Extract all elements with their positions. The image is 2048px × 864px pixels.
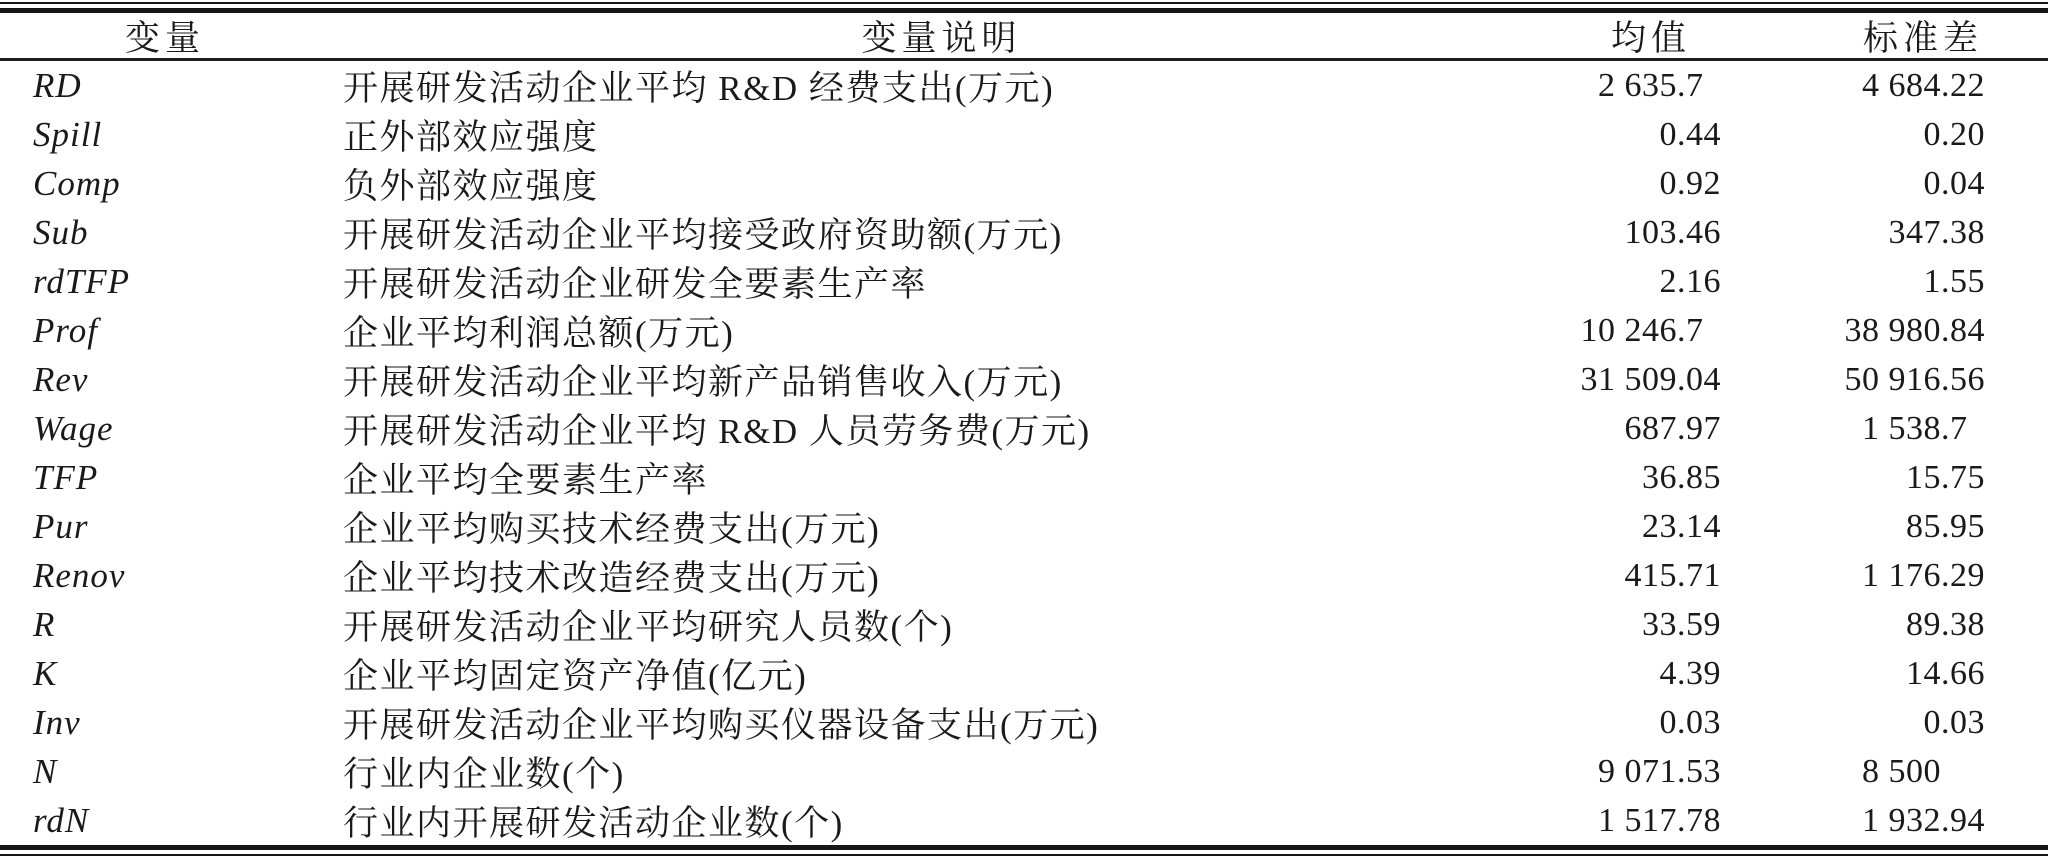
sd-value: 0.03 [1740,698,2048,747]
table-row: Renov 企业平均技术改造经费支出(万元) 415.71 1 176.29 [0,551,2048,600]
variable-name: N [0,747,330,796]
variable-description: 正外部效应强度 [330,110,1540,159]
table-header-row: 变量 变量说明 均值 标准差 [0,13,2048,58]
sd-value: 89.38 [1740,600,2048,649]
mean-value: 415.71 [1540,551,1740,600]
variable-description: 开展研发活动企业研发全要素生产率 [330,257,1540,306]
table-row: TFP 企业平均全要素生产率 36.85 15.75 [0,453,2048,502]
mean-value: 2 635.7 [1540,61,1740,110]
sd-integer-part: 38 980 [1740,312,1941,350]
variable-description: 开展研发活动企业平均 R&D 经费支出(万元) [330,61,1540,110]
mean-integer-part: 33 [1540,606,1677,644]
mean-value: 0.44 [1540,110,1740,159]
mean-integer-part: 2 635 [1540,67,1677,105]
mean-integer-part: 0 [1540,165,1677,203]
variable-name: Spill [0,110,330,159]
mean-integer-part: 10 246 [1540,312,1677,350]
sd-integer-part: 0 [1740,704,1941,742]
header-variable: 变量 [0,13,330,58]
sd-integer-part: 85 [1740,508,1941,546]
mean-value: 4.39 [1540,649,1740,698]
sd-fraction-part: .7 [1941,410,1986,448]
variable-name: Rev [0,355,330,404]
mean-integer-part: 36 [1540,459,1677,497]
sd-fraction-part: .94 [1941,802,1986,840]
sd-fraction-part: .20 [1941,116,1986,154]
mean-fraction-part: .85 [1677,459,1722,497]
sd-integer-part: 50 916 [1740,361,1941,399]
sd-integer-part: 1 932 [1740,802,1941,840]
sd-fraction-part: .84 [1941,312,1986,350]
table-row: Spill 正外部效应强度 0.44 0.20 [0,110,2048,159]
descriptive-statistics-table: 变量 变量说明 均值 标准差 RD 开展研发活动企业平均 R&D 经费支出(万元… [0,2,2048,856]
variable-description: 企业平均全要素生产率 [330,453,1540,502]
sd-integer-part: 347 [1740,214,1941,252]
header-sd: 标准差 [1740,13,2048,58]
variable-name: rdN [0,796,330,845]
mean-fraction-part: .39 [1677,655,1722,693]
mean-integer-part: 4 [1540,655,1677,693]
mean-integer-part: 103 [1540,214,1677,252]
variable-description: 企业平均技术改造经费支出(万元) [330,551,1540,600]
mean-fraction-part: .03 [1677,704,1722,742]
table-row: R 开展研发活动企业平均研究人员数(个) 33.59 89.38 [0,600,2048,649]
sd-value: 347.38 [1740,208,2048,257]
table-row: N 行业内企业数(个) 9 071.53 8 500 [0,747,2048,796]
sd-value: 1 932.94 [1740,796,2048,845]
mean-fraction-part: .14 [1677,508,1722,546]
table-row: Rev 开展研发活动企业平均新产品销售收入(万元) 31 509.04 50 9… [0,355,2048,404]
table-row: Prof 企业平均利润总额(万元) 10 246.7 38 980.84 [0,306,2048,355]
mean-value: 1 517.78 [1540,796,1740,845]
header-mean: 均值 [1540,13,1740,58]
mean-fraction-part: .71 [1677,557,1722,595]
table-row: Sub 开展研发活动企业平均接受政府资助额(万元) 103.46 347.38 [0,208,2048,257]
mean-fraction-part: .46 [1677,214,1722,252]
variable-description: 负外部效应强度 [330,159,1540,208]
sd-value: 0.20 [1740,110,2048,159]
sd-fraction-part: .22 [1941,67,1986,105]
mean-fraction-part: .7 [1677,67,1722,105]
mean-integer-part: 687 [1540,410,1677,448]
mean-value: 33.59 [1540,600,1740,649]
mean-integer-part: 415 [1540,557,1677,595]
variable-name: Inv [0,698,330,747]
variable-name: Wage [0,404,330,453]
mean-fraction-part: .92 [1677,165,1722,203]
variable-name: Pur [0,502,330,551]
sd-value: 1 538.7 [1740,404,2048,453]
sd-fraction-part: .75 [1941,459,1986,497]
sd-value: 14.66 [1740,649,2048,698]
mean-fraction-part: .04 [1677,361,1722,399]
mean-value: 36.85 [1540,453,1740,502]
variable-description: 企业平均固定资产净值(亿元) [330,649,1540,698]
mean-fraction-part: .59 [1677,606,1722,644]
sd-value: 15.75 [1740,453,2048,502]
sd-fraction-part: .56 [1941,361,1986,399]
sd-fraction-part: .04 [1941,165,1986,203]
sd-value: 38 980.84 [1740,306,2048,355]
mean-integer-part: 9 071 [1540,753,1677,791]
sd-value: 50 916.56 [1740,355,2048,404]
mean-value: 31 509.04 [1540,355,1740,404]
sd-integer-part: 0 [1740,116,1941,154]
mean-value: 10 246.7 [1540,306,1740,355]
variable-name: K [0,649,330,698]
variable-description: 开展研发活动企业平均 R&D 人员劳务费(万元) [330,404,1540,453]
mean-value: 2.16 [1540,257,1740,306]
table-body: RD 开展研发活动企业平均 R&D 经费支出(万元) 2 635.7 4 684… [0,61,2048,845]
variable-name: rdTFP [0,257,330,306]
variable-name: Sub [0,208,330,257]
mean-fraction-part: .53 [1677,753,1722,791]
variable-name: TFP [0,453,330,502]
mean-integer-part: 23 [1540,508,1677,546]
variable-name: R [0,600,330,649]
mean-fraction-part: .16 [1677,263,1722,301]
bottom-inner-rule [0,845,2048,850]
variable-description: 企业平均购买技术经费支出(万元) [330,502,1540,551]
variable-name: Renov [0,551,330,600]
sd-fraction-part: .38 [1941,214,1986,252]
sd-integer-part: 15 [1740,459,1941,497]
table-row: Comp 负外部效应强度 0.92 0.04 [0,159,2048,208]
sd-value: 1 176.29 [1740,551,2048,600]
mean-fraction-part: .44 [1677,116,1722,154]
header-description: 变量说明 [330,13,1540,58]
variable-description: 行业内企业数(个) [330,747,1540,796]
table-row: RD 开展研发活动企业平均 R&D 经费支出(万元) 2 635.7 4 684… [0,61,2048,110]
top-outer-rule [0,2,2048,4]
sd-integer-part: 89 [1740,606,1941,644]
mean-value: 687.97 [1540,404,1740,453]
sd-value: 85.95 [1740,502,2048,551]
sd-fraction-part: .66 [1941,655,1986,693]
variable-description: 开展研发活动企业平均新产品销售收入(万元) [330,355,1540,404]
table-row: Inv 开展研发活动企业平均购买仪器设备支出(万元) 0.03 0.03 [0,698,2048,747]
variable-description: 开展研发活动企业平均购买仪器设备支出(万元) [330,698,1540,747]
mean-value: 9 071.53 [1540,747,1740,796]
table-row: K 企业平均固定资产净值(亿元) 4.39 14.66 [0,649,2048,698]
bottom-outer-rule [0,854,2048,856]
table-row: Pur 企业平均购买技术经费支出(万元) 23.14 85.95 [0,502,2048,551]
variable-name: Prof [0,306,330,355]
mean-fraction-part: .7 [1677,312,1722,350]
sd-integer-part: 1 538 [1740,410,1941,448]
mean-value: 0.92 [1540,159,1740,208]
sd-value: 1.55 [1740,257,2048,306]
table-row: rdTFP 开展研发活动企业研发全要素生产率 2.16 1.55 [0,257,2048,306]
sd-fraction-part: .29 [1941,557,1986,595]
sd-fraction-part: .95 [1941,508,1986,546]
variable-name: Comp [0,159,330,208]
mean-integer-part: 0 [1540,116,1677,154]
sd-value: 0.04 [1740,159,2048,208]
sd-integer-part: 4 684 [1740,67,1941,105]
mean-fraction-part: .78 [1677,802,1722,840]
mean-fraction-part: .97 [1677,410,1722,448]
mean-integer-part: 31 509 [1540,361,1677,399]
mean-integer-part: 0 [1540,704,1677,742]
sd-integer-part: 14 [1740,655,1941,693]
sd-integer-part: 1 [1740,263,1941,301]
variable-description: 开展研发活动企业平均研究人员数(个) [330,600,1540,649]
sd-fraction-part: .38 [1941,606,1986,644]
mean-integer-part: 1 517 [1540,802,1677,840]
variable-description: 行业内开展研发活动企业数(个) [330,796,1540,845]
table-row: Wage 开展研发活动企业平均 R&D 人员劳务费(万元) 687.97 1 5… [0,404,2048,453]
sd-integer-part: 0 [1740,165,1941,203]
variable-description: 开展研发活动企业平均接受政府资助额(万元) [330,208,1540,257]
mean-value: 0.03 [1540,698,1740,747]
variable-name: RD [0,61,330,110]
mean-value: 23.14 [1540,502,1740,551]
variable-description: 企业平均利润总额(万元) [330,306,1540,355]
sd-integer-part: 8 500 [1740,753,1941,791]
sd-integer-part: 1 176 [1740,557,1941,595]
mean-value: 103.46 [1540,208,1740,257]
mean-integer-part: 2 [1540,263,1677,301]
table-row: rdN 行业内开展研发活动企业数(个) 1 517.78 1 932.94 [0,796,2048,845]
sd-value: 4 684.22 [1740,61,2048,110]
sd-fraction-part: .03 [1941,704,1986,742]
sd-value: 8 500 [1740,747,2048,796]
sd-fraction-part: .55 [1941,263,1986,301]
